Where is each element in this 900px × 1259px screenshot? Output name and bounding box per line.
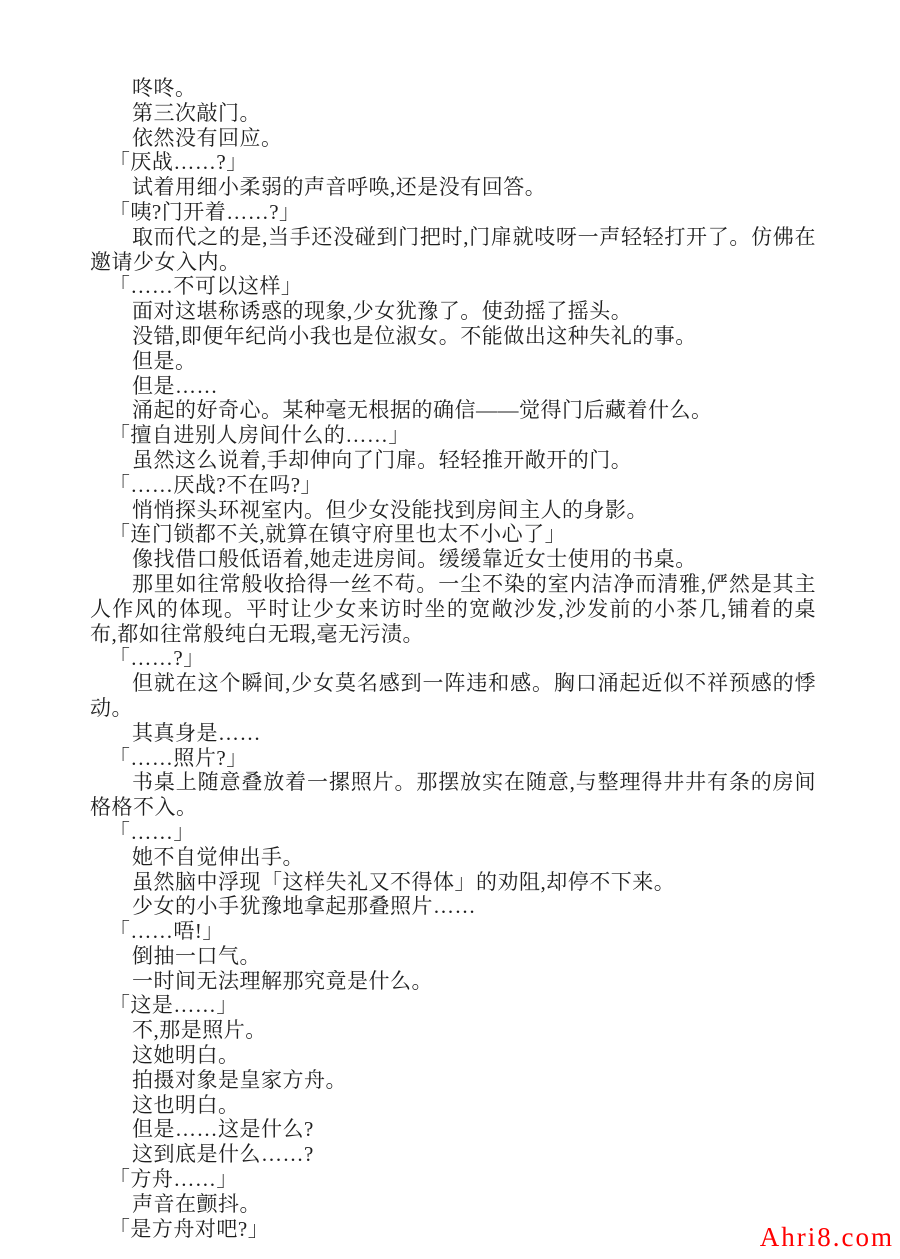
- narration-line: 但是……这是什么?: [90, 1117, 816, 1142]
- narration-line: 像找借口般低语着,她走进房间。缓缓靠近女士使用的书桌。: [90, 547, 816, 572]
- narration-line: 少女的小手犹豫地拿起那叠照片……: [90, 894, 816, 919]
- narration-line: 但就在这个瞬间,少女莫名感到一阵违和感。胸口涌起近似不祥预感的悸动。: [90, 671, 816, 721]
- narration-line: 那里如往常般收拾得一丝不苟。一尘不染的室内洁净而清雅,俨然是其主人作风的体现。平…: [90, 572, 816, 646]
- dialogue-line: 「……唔!」: [90, 919, 816, 944]
- narration-line: 但是。: [90, 349, 816, 374]
- watermark: Ahri8.com: [760, 1222, 894, 1253]
- narration-line: 虽然脑中浮现「这样失礼又不得体」的劝阻,却停不下来。: [90, 870, 816, 895]
- novel-text-body: 咚咚。第三次敲门。依然没有回应。「厌战……?」试着用细小柔弱的声音呼唤,还是没有…: [90, 76, 816, 1241]
- narration-line: 虽然这么说着,手却伸向了门扉。轻轻推开敞开的门。: [90, 448, 816, 473]
- narration-line: 取而代之的是,当手还没碰到门把时,门扉就吱呀一声轻轻打开了。仿佛在邀请少女入内。: [90, 225, 816, 275]
- narration-line: 这她明白。: [90, 1043, 816, 1068]
- dialogue-line: 「咦?门开着……?」: [90, 200, 816, 225]
- narration-line: 试着用细小柔弱的声音呼唤,还是没有回答。: [90, 175, 816, 200]
- narration-line: 其真身是……: [90, 721, 816, 746]
- narration-line: 没错,即便年纪尚小我也是位淑女。不能做出这种失礼的事。: [90, 324, 816, 349]
- narration-line: 声音在颤抖。: [90, 1192, 816, 1217]
- narration-line: 这到底是什么……?: [90, 1142, 816, 1167]
- narration-line: 这也明白。: [90, 1093, 816, 1118]
- narration-line: 涌起的好奇心。某种毫无根据的确信——觉得门后藏着什么。: [90, 398, 816, 423]
- dialogue-line: 「……?」: [90, 646, 816, 671]
- narration-line: 面对这堪称诱惑的现象,少女犹豫了。使劲摇了摇头。: [90, 299, 816, 324]
- dialogue-line: 「方舟……」: [90, 1167, 816, 1192]
- dialogue-line: 「这是……」: [90, 993, 816, 1018]
- narration-line: 不,那是照片。: [90, 1018, 816, 1043]
- narration-line: 依然没有回应。: [90, 126, 816, 151]
- narration-line: 一时间无法理解那究竟是什么。: [90, 969, 816, 994]
- dialogue-line: 「……」: [90, 820, 816, 845]
- narration-line: 书桌上随意叠放着一摞照片。那摆放实在随意,与整理得井井有条的房间格格不入。: [90, 770, 816, 820]
- dialogue-line: 「……厌战?不在吗?」: [90, 473, 816, 498]
- narration-line: 但是……: [90, 374, 816, 399]
- narration-line: 悄悄探头环视室内。但少女没能找到房间主人的身影。: [90, 498, 816, 523]
- dialogue-line: 「……不可以这样」: [90, 274, 816, 299]
- dialogue-line: 「……照片?」: [90, 746, 816, 771]
- narration-line: 她不自觉伸出手。: [90, 845, 816, 870]
- narration-line: 拍摄对象是皇家方舟。: [90, 1068, 816, 1093]
- dialogue-line: 「连门锁都不关,就算在镇守府里也太不小心了」: [90, 522, 816, 547]
- dialogue-line: 「厌战……?」: [90, 150, 816, 175]
- novel-page: 咚咚。第三次敲门。依然没有回应。「厌战……?」试着用细小柔弱的声音呼唤,还是没有…: [0, 0, 900, 1259]
- dialogue-line: 「是方舟对吧?」: [90, 1217, 816, 1242]
- dialogue-line: 「擅自进别人房间什么的……」: [90, 423, 816, 448]
- narration-line: 第三次敲门。: [90, 101, 816, 126]
- narration-line: 咚咚。: [90, 76, 816, 101]
- narration-line: 倒抽一口气。: [90, 944, 816, 969]
